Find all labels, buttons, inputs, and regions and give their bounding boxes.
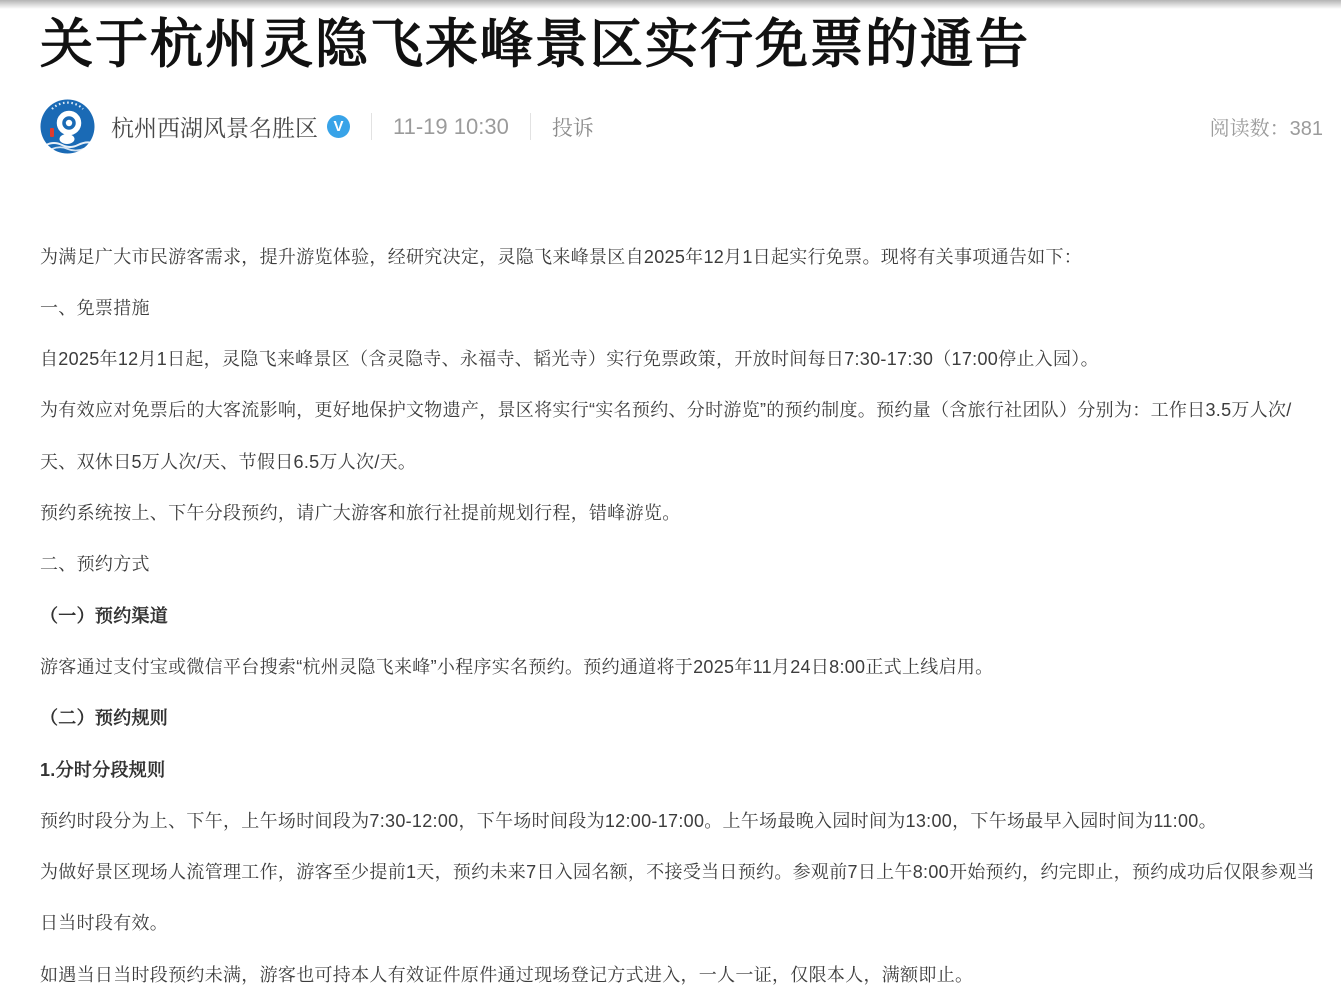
article-rule-heading: 1.分时分段规则	[40, 745, 1327, 796]
verified-badge-icon: V	[327, 115, 350, 138]
publish-time: 11-19 10:30	[393, 114, 509, 140]
article-section-heading: 一、免票措施	[40, 283, 1327, 334]
author-name[interactable]: 杭州西湖风景名胜区	[111, 110, 318, 143]
article-line: 天、双休日5万人次/天、节假日6.5万人次/天。	[40, 437, 1327, 488]
article-line: 自2025年12月1日起，灵隐飞来峰景区（含灵隐寺、永福寺、韬光寺）实行免票政策…	[40, 334, 1327, 385]
article-line: 预约系统按上、下午分段预约，请广大游客和旅行社提前规划行程，错峰游览。	[40, 488, 1327, 539]
page-title: 关于杭州灵隐飞来峰景区实行免票的通告	[40, 9, 1327, 77]
article-subsection-heading: （二）预约规则	[40, 693, 1327, 744]
article-line: 游客通过支付宝或微信平台搜索“杭州灵隐飞来峰”小程序实名预约。预约通道将于202…	[40, 642, 1327, 693]
article-line: 为做好景区现场人流管理工作，游客至少提前1天，预约未来7日入园名额，不接受当日预…	[40, 847, 1327, 898]
read-count: 阅读数：381	[1210, 112, 1327, 141]
article-subsection-heading: （一）预约渠道	[40, 591, 1327, 642]
scenic-area-logo-icon	[40, 99, 95, 154]
meta-divider	[371, 113, 372, 140]
article-line: 预约时段分为上、下午，上午场时间段为7:30-12:00，下午场时间段为12:0…	[40, 796, 1327, 847]
article-line: 如遇当日当时段预约未满，游客也可持本人有效证件原件通过现场登记方式进入，一人一证…	[40, 950, 1327, 1001]
article-section-heading: 二、预约方式	[40, 539, 1327, 590]
article-line: 日当时段有效。	[40, 898, 1327, 949]
article-line: 为满足广大市民游客需求，提升游览体验，经研究决定，灵隐飞来峰景区自2025年12…	[40, 232, 1327, 283]
read-count-value: 381	[1290, 118, 1323, 140]
author-avatar[interactable]	[40, 99, 95, 154]
article-meta-row: 杭州西湖风景名胜区 V 11-19 10:30 投诉 阅读数：381	[40, 99, 1327, 155]
page-top-shadow	[0, 0, 1341, 9]
read-count-label: 阅读数：	[1210, 118, 1290, 140]
meta-divider	[530, 113, 531, 140]
article-page: 关于杭州灵隐飞来峰景区实行免票的通告 杭州西湖风景名胜区 V 11-19 10:…	[0, 9, 1341, 1001]
article-body: 为满足广大市民游客需求，提升游览体验，经研究决定，灵隐飞来峰景区自2025年12…	[40, 232, 1327, 1001]
article-line: 为有效应对免票后的大客流影响，更好地保护文物遗产，景区将实行“实名预约、分时游览…	[40, 385, 1327, 436]
report-button[interactable]: 投诉	[552, 112, 594, 142]
